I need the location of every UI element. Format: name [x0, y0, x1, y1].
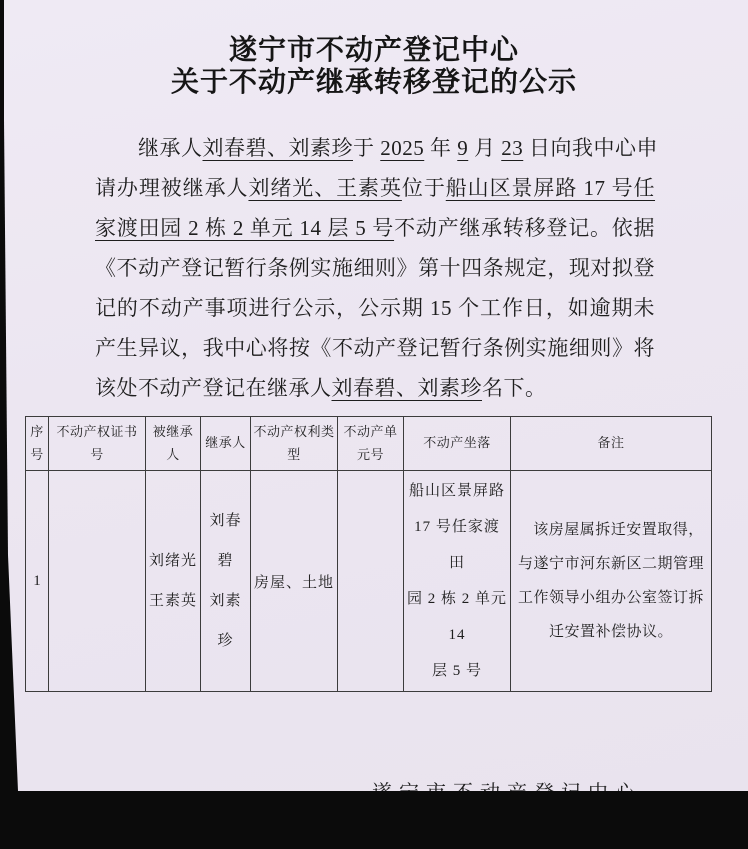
- header-decedent: 被继承人: [146, 417, 201, 471]
- body-line-1: 继承人刘春碧、刘素珍于 2025 年 9 月 23 日向我中心申: [95, 128, 655, 168]
- header-right-type: 不动产权利类型: [251, 417, 338, 471]
- header-cert-no: 不动产权证书号: [49, 417, 146, 471]
- body-line-6: 产生异议，我中心将按《不动产登记暂行条例实施细则》将: [95, 328, 655, 368]
- table-header-row: 序号 不动产权证书号 被继承人 继承人 不动产权利类型 不动产单元号 不动产坐落…: [26, 417, 712, 471]
- header-heir: 继承人: [201, 417, 251, 471]
- header-location: 不动产坐落: [404, 417, 511, 471]
- cell-right-type: 房屋、土地: [251, 471, 338, 692]
- body-line-4: 《不动产登记暂行条例实施细则》第十四条规定，现对拟登: [95, 248, 655, 288]
- signature-block: 遂宁市不动产登记中心 2025 年 9 月 23 日: [372, 776, 642, 791]
- cell-remark: 该房屋属拆迁安置取得，与遂宁市河东新区二期管理工作领导小组办公室签订拆迁安置补偿…: [511, 471, 712, 692]
- notice-title-line1: 遂宁市不动产登记中心: [0, 34, 748, 66]
- cell-cert-no: [49, 471, 146, 692]
- cell-heirs: 刘春碧 刘素珍: [201, 471, 251, 692]
- cell-seq: 1: [26, 471, 49, 692]
- header-seq: 序号: [26, 417, 49, 471]
- cell-unit-no: [338, 471, 404, 692]
- signature-org: 遂宁市不动产登记中心: [372, 776, 642, 791]
- cell-decedents: 刘绪光 王素英: [146, 471, 201, 692]
- notice-title-line2: 关于不动产继承转移登记的公示: [0, 66, 748, 98]
- header-unit-no: 不动产单元号: [338, 417, 404, 471]
- scanned-page: 遂宁市不动产登记中心 关于不动产继承转移登记的公示 继承人刘春碧、刘素珍于 20…: [0, 0, 748, 791]
- body-line-7: 该处不动产登记在继承人刘春碧、刘素珍名下。: [95, 368, 655, 408]
- registration-table: 序号 不动产权证书号 被继承人 继承人 不动产权利类型 不动产单元号 不动产坐落…: [25, 416, 712, 692]
- table-row: 1 刘绪光 王素英 刘春碧 刘素珍 房屋、土地 船山区景屏路 17 号任家渡田 …: [26, 471, 712, 692]
- body-line-2: 请办理被继承人刘绪光、王素英位于船山区景屏路 17 号任: [95, 168, 655, 208]
- body-line-5: 记的不动产事项进行公示，公示期 15 个工作日，如逾期未: [95, 288, 655, 328]
- cell-location: 船山区景屏路 17 号任家渡田 园 2 栋 2 单元 14 层 5 号: [404, 471, 511, 692]
- notice-title: 遂宁市不动产登记中心 关于不动产继承转移登记的公示: [0, 34, 748, 98]
- notice-body: 继承人刘春碧、刘素珍于 2025 年 9 月 23 日向我中心申 请办理被继承人…: [95, 128, 655, 408]
- header-remark: 备注: [511, 417, 712, 471]
- body-line-3: 家渡田园 2 栋 2 单元 14 层 5 号不动产继承转移登记。依据: [95, 208, 655, 248]
